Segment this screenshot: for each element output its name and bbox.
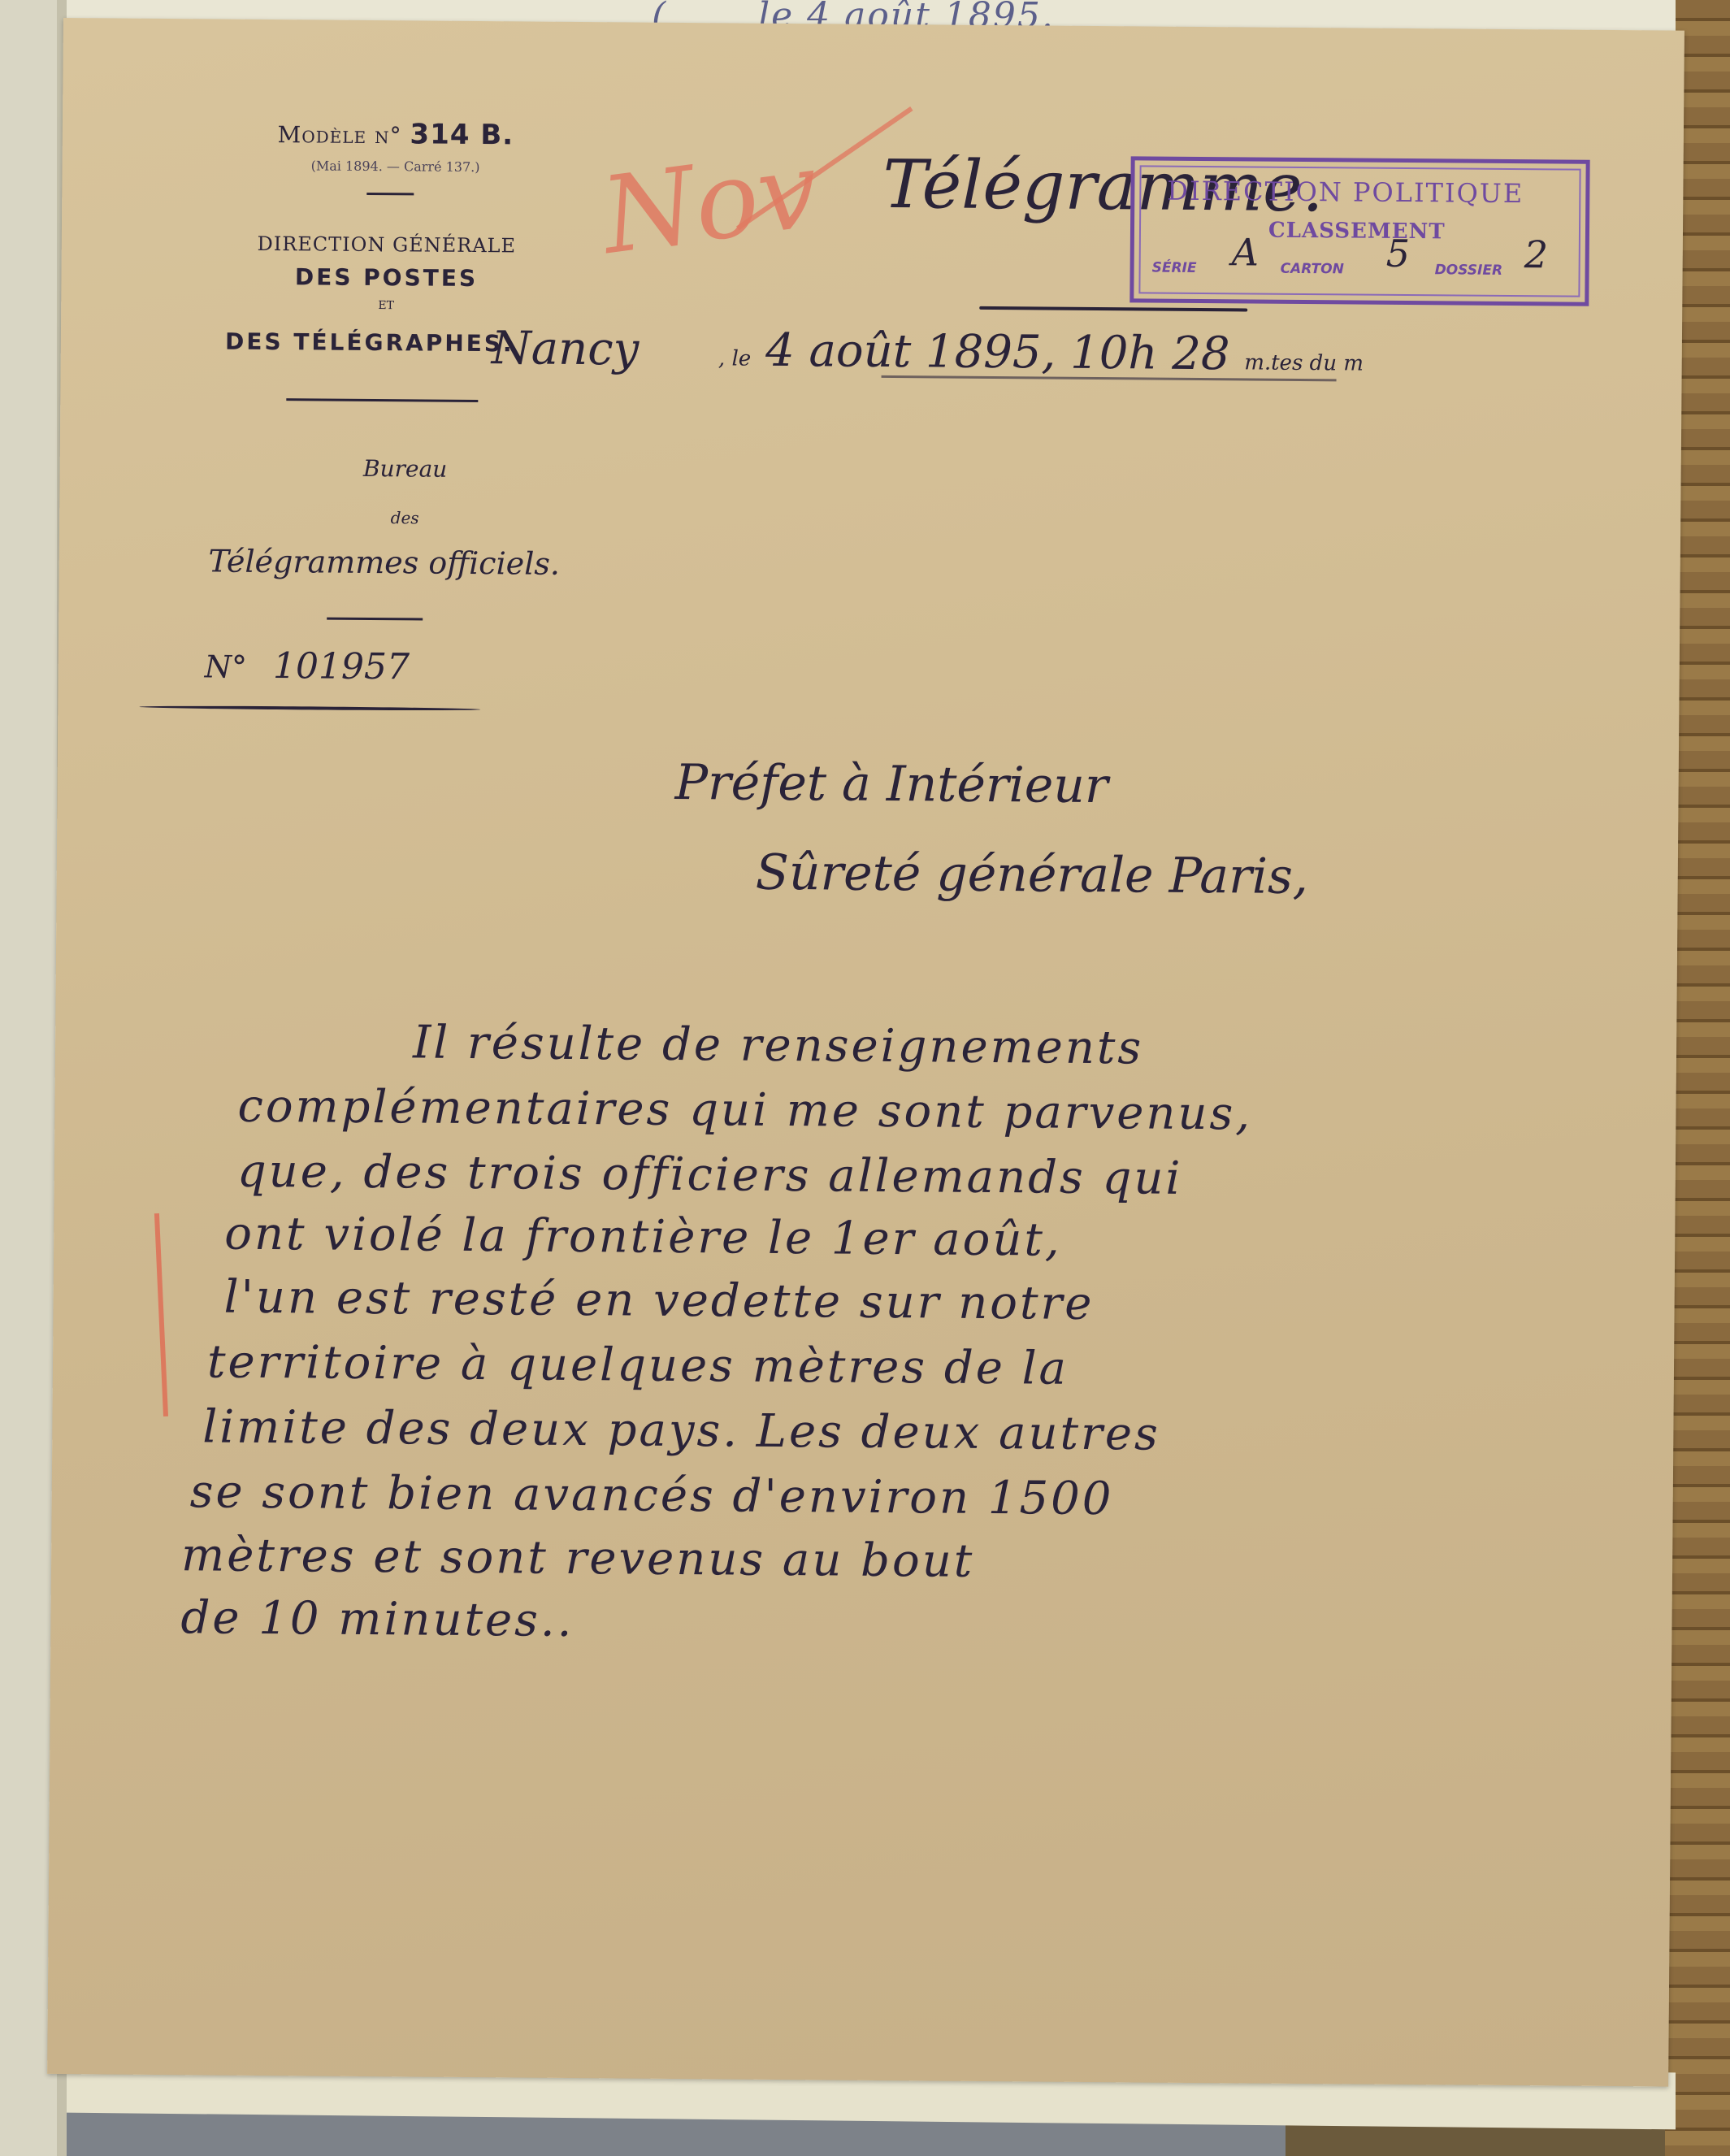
number-underline	[139, 705, 480, 711]
red-pencil-annotation: Nov	[595, 127, 825, 278]
telegram-sheet: Modèle n° 314 B. (Mai 1894. — Carré 137.…	[47, 18, 1684, 2087]
stamp-direction-politique: DIRECTION POLITIQUE	[1167, 176, 1524, 209]
number-value: 101957	[273, 645, 410, 688]
et-label: ET	[191, 297, 581, 314]
body-line: Il résulte de renseignements	[413, 1016, 1144, 1074]
stamp-serie-value: A	[1232, 230, 1260, 274]
telegram-number: N° 101957	[205, 644, 410, 688]
body-line: territoire à quelques mètres de la	[207, 1335, 1069, 1395]
body-line: de 10 minutes..	[180, 1591, 574, 1647]
number-label: N°	[205, 649, 248, 684]
form-model-label: Modèle n°	[277, 121, 401, 149]
body-line: se sont bien avancés d'environ 1500	[190, 1465, 1114, 1525]
red-margin-mark	[154, 1213, 168, 1416]
addressee-line-1: Préfet à Intérieur	[674, 754, 1108, 814]
dateline: Nancy , le 4 août 1895, 10h 28 m.tes du …	[492, 322, 1364, 381]
body-line: complémentaires qui me sont parvenus,	[237, 1080, 1252, 1141]
bureau-divider	[327, 618, 423, 621]
ornamental-rule	[286, 398, 478, 402]
telegrammes-officiels-label: Télégrammes officiels.	[181, 543, 588, 582]
form-model-subtitle: (Mai 1894. — Carré 137.)	[213, 157, 579, 176]
dateline-time: 10h 28	[1070, 327, 1230, 381]
stamp-dossier-label: DOSSIER	[1435, 262, 1503, 279]
direction-generale: DIRECTION GÉNÉRALE	[192, 232, 582, 258]
addressee-line-2: Sûreté générale Paris,	[755, 844, 1308, 905]
stamp-classement: CLASSEMENT	[1268, 219, 1446, 245]
body-line: ont violé la frontière le 1er août,	[224, 1208, 1062, 1267]
stamp-dossier-value: 2	[1524, 232, 1549, 276]
stamp-serie-label: SÉRIE	[1152, 260, 1197, 276]
header-divider	[366, 193, 414, 195]
body-line: limite des deux pays. Les deux autres	[202, 1400, 1160, 1460]
bureau-label: Bureau	[223, 454, 588, 484]
form-model-value: 314 B.	[410, 118, 514, 151]
title-ornament-rule	[979, 306, 1247, 312]
stamp-carton-value: 5	[1386, 232, 1411, 275]
dateline-suffix: m.tes du m	[1244, 350, 1364, 375]
des-postes: DES POSTES	[191, 262, 581, 293]
body-line: mètres et sont revenus au bout	[181, 1529, 975, 1588]
classification-stamp: DIRECTION POLITIQUE CLASSEMENT SÉRIE A C…	[1129, 156, 1589, 306]
dateline-place: Nancy	[492, 322, 640, 375]
stamp-carton-label: CARTON	[1281, 261, 1344, 278]
body-line: l'un est resté en vedette sur notre	[223, 1271, 1094, 1330]
des-label: des	[222, 507, 588, 530]
form-model-number: Modèle n° 314 B.	[213, 116, 579, 152]
dateline-le: , le	[718, 346, 751, 371]
dateline-date: 4 août 1895,	[765, 324, 1056, 380]
body-line: que, des trois officiers allemands qui	[237, 1145, 1183, 1205]
